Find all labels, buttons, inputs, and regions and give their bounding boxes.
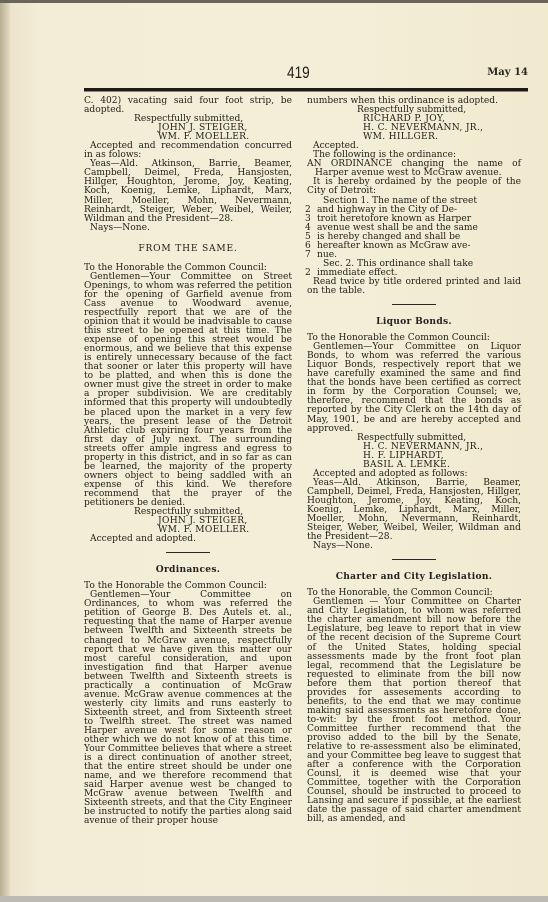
numbered-line: 2immediate effect.	[307, 269, 521, 278]
section-heading-ordinances: Ordinances.	[84, 565, 292, 574]
section-divider	[392, 304, 436, 305]
header-rule	[84, 88, 528, 92]
nays-vote: Nays—None.	[307, 542, 521, 551]
line-number: 7	[305, 251, 313, 260]
line-number: 2	[305, 269, 313, 278]
section-heading-charter: Charter and City Legislation.	[307, 572, 521, 581]
page-number: 419	[287, 63, 310, 83]
ordinance-section-1: Section 1. The name of the street 2and h…	[307, 197, 521, 260]
ordaining-clause: It is hereby ordained by the people of t…	[307, 178, 521, 196]
ordinance-title: AN ORDINANCE changing the name of Harper…	[307, 160, 521, 178]
line-text: hereafter known as McGraw ave-	[317, 241, 471, 251]
section-divider	[392, 559, 436, 560]
page-date: May 14	[487, 67, 528, 78]
scan-bottom-edge	[0, 896, 548, 902]
read-twice-note: Read twice by title ordered printed and …	[307, 278, 521, 296]
report-body: Gentlemen—Your Committee on Street Openi…	[84, 273, 292, 508]
page-header: 419 May 14	[84, 63, 528, 91]
yeas-vote: Yeas—Ald. Atkinson, Barrie, Beamer, Camp…	[307, 479, 521, 542]
right-column: numbers when this ordinance is adopted. …	[307, 97, 521, 824]
book-spine-shadow	[0, 3, 10, 899]
numbered-line: 6hereafter known as McGraw ave-	[307, 242, 521, 251]
report-body: Gentlemen — Your Committee on Charter an…	[307, 598, 521, 824]
line-text: immediate effect.	[317, 268, 397, 278]
accepted-note: Accepted and adopted.	[84, 535, 292, 544]
nays-vote: Nays—None.	[84, 224, 292, 233]
accepted-note: Accepted and recommendation concurred in…	[84, 142, 292, 160]
left-column: C. 402) vacating said four foot strip, b…	[84, 97, 292, 827]
section-divider	[166, 552, 210, 553]
section-heading-liquor-bonds: Liquor Bonds.	[307, 317, 521, 326]
section-heading-from-the-same: FROM THE SAME.	[84, 245, 292, 254]
report-body: Gentlemen—Your Committee on Liquor Bonds…	[307, 343, 521, 433]
continuation-text: C. 402) vacating said four foot strip, b…	[84, 97, 292, 115]
report-body: Gentlemen—Your Committee on Ordinances, …	[84, 591, 292, 826]
ordinance-section-2: Sec. 2. This ordinance shall take 2immed…	[307, 260, 521, 278]
yeas-vote: Yeas—Ald. Atkinson, Barrie, Beamer, Camp…	[84, 160, 292, 223]
document-page: 419 May 14 C. 402) vacating said four fo…	[0, 0, 548, 899]
